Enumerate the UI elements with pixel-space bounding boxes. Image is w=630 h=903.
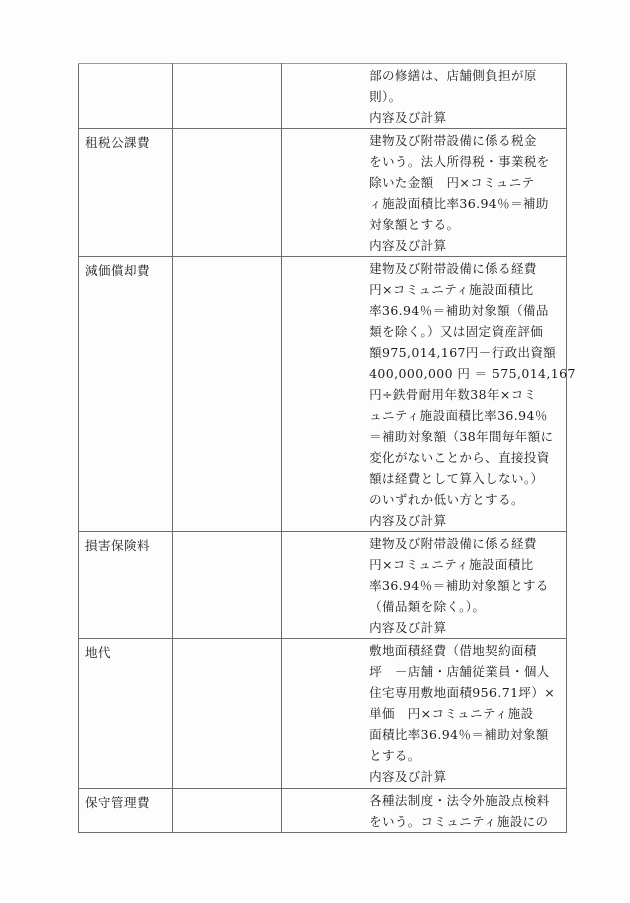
calculation-label: 内容及び計算 [369,510,564,531]
expense-item-label: 損害保険料 [79,532,173,639]
description-line: 円×コミュニティ施設面積比 [369,554,564,575]
expense-item-label: 減価償却費 [79,257,173,532]
description-line: 円÷鉄骨耐用年数38年×コミ [369,384,564,405]
description-line: 面積比率36.94％＝補助対象額 [369,724,564,745]
description-line: ィ施設面積比率36.94％＝補助 [369,193,564,214]
description-line: 坪 －店舗・店舗従業員・個人 [369,661,564,682]
calculation-label: 内容及び計算 [369,235,564,256]
description-line: 単価 円×コミュニティ施設 [369,703,564,724]
notes-cell-spacer [282,532,366,639]
expense-item-label: 地代 [79,639,173,789]
description-line: 除いた金額 円×コミュニテ [369,172,564,193]
description-line: 額975,014,167円－行政出資額 [369,342,564,363]
expense-item-label: 保守管理費 [79,789,173,833]
expense-item-label: 租税公課費 [79,129,173,257]
description-line: 各種法制度・法令外施設点検料 [369,790,564,811]
table-row: 部の修繕は、店舗側負担が原則）。内容及び計算 [79,64,567,129]
description-line: 額は経費として算入しない。） [369,468,564,489]
table-row: 損害保険料建物及び附帯設備に係る経費円×コミュニティ施設面積比率36.94％＝補… [79,532,567,639]
calculation-label: 内容及び計算 [369,766,564,787]
notes-cell-spacer [282,257,366,532]
content-and-calculation-cell: 建物及び附帯設備に係る経費円×コミュニティ施設面積比率36.94％＝補助対象額（… [366,257,566,532]
description-line: 敷地面積経費（借地契約面積 [369,640,564,661]
description-line: 則）。 [369,86,564,107]
description-line: 円×コミュニティ施設面積比 [369,279,564,300]
notes-cell-spacer [282,129,366,257]
content-and-calculation-cell: 敷地面積経費（借地契約面積坪 －店舗・店舗従業員・個人住宅専用敷地面積956.7… [366,639,566,789]
content-and-calculation-cell: 建物及び附帯設備に係る経費円×コミュニティ施設面積比率36.94％＝補助対象額と… [366,532,566,639]
description-line: （備品類を除く。）。 [369,596,564,617]
description-line: 対象額とする。 [369,214,564,235]
calculation-label: 内容及び計算 [369,617,564,638]
amount-cell [173,789,282,833]
table-row: 保守管理費各種法制度・法令外施設点検料をいう。コミュニティ施設にの [79,789,567,833]
description-line: 建物及び附帯設備に係る経費 [369,533,564,554]
description-line: 部の修繕は、店舗側負担が原 [369,65,564,86]
notes-cell-spacer [282,64,366,129]
expense-table-body: 部の修繕は、店舗側負担が原則）。内容及び計算租税公課費 建物及び附帯設備に係る税… [79,64,567,833]
description-line: 住宅専用敷地面積956.71坪）× [369,682,564,703]
description-line: とする。 [369,745,564,766]
description-line: 率36.94％＝補助対象額（備品 [369,300,564,321]
description-line: 率36.94％＝補助対象額とする [369,575,564,596]
expense-table: 部の修繕は、店舗側負担が原則）。内容及び計算租税公課費 建物及び附帯設備に係る税… [78,63,567,833]
description-line: 建物及び附帯設備に係る経費 [369,258,564,279]
description-line: 類を除く。）又は固定資産評価 [369,321,564,342]
content-and-calculation-cell: 部の修繕は、店舗側負担が原則）。内容及び計算 [366,64,566,129]
description-line: ＝補助対象額（38年間毎年額に [369,426,564,447]
amount-cell [173,639,282,789]
expense-item-label [79,64,173,129]
amount-cell [173,532,282,639]
notes-cell-spacer [282,639,366,789]
description-line: をいう。法人所得税・事業税を [369,151,564,172]
description-line: のいずれか低い方とする。 [369,489,564,510]
amount-cell [173,129,282,257]
notes-cell-spacer [282,789,366,833]
table-row: 減価償却費 建物及び附帯設備に係る経費円×コミュニティ施設面積比率36.94％＝… [79,257,567,532]
description-line: ュニティ施設面積比率36.94％ [369,405,564,426]
content-and-calculation-cell: 建物及び附帯設備に係る税金をいう。法人所得税・事業税を除いた金額 円×コミュニテ… [366,129,566,257]
description-line: 400,000,000 円 ＝ 575,014,167 [369,363,564,384]
table-row: 租税公課費 建物及び附帯設備に係る税金をいう。法人所得税・事業税を除いた金額 円… [79,129,567,257]
amount-cell [173,64,282,129]
description-line: をいう。コミュニティ施設にの [369,811,564,832]
table-row: 地代敷地面積経費（借地契約面積坪 －店舗・店舗従業員・個人住宅専用敷地面積956… [79,639,567,789]
description-line: 建物及び附帯設備に係る税金 [369,130,564,151]
calculation-label: 内容及び計算 [369,107,564,128]
description-line: 変化がないことから、直接投資 [369,447,564,468]
content-and-calculation-cell: 各種法制度・法令外施設点検料をいう。コミュニティ施設にの [366,789,566,833]
amount-cell [173,257,282,532]
